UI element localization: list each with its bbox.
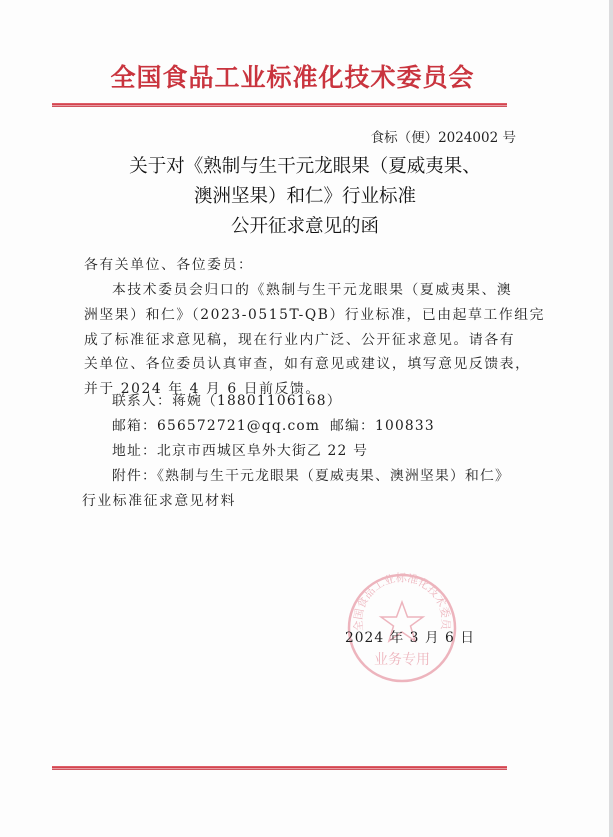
document-number: 食标（便）2024002 号 [371, 126, 516, 146]
svg-text:业务专用: 业务专用 [374, 652, 430, 668]
heading-line: 公开征求意见的函 [90, 212, 520, 242]
paragraph-line: 关单位、各位委员认真审查，如有意见或建议，填写意见反馈表， [84, 352, 519, 377]
heading-line: 关于对《熟制与生干元龙眼果（夏威夷果、 [90, 152, 520, 182]
document-heading: 关于对《熟制与生干元龙眼果（夏威夷果、 澳洲坚果）和仁》行业标准 公开征求意见的… [90, 152, 520, 242]
letterhead-organization: 全国食品工业标准化技术委员会 [0, 58, 560, 94]
letterhead-divider [52, 103, 507, 107]
footer-divider [52, 766, 507, 770]
signature-date: 2024 年 3 月 6 日 [345, 626, 475, 646]
body-paragraph: 本技术委员会归口的《熟制与生干元龙眼果（夏威夷果、澳 洲坚果）和仁》（2023-… [84, 278, 519, 402]
svg-text:全国食品工业标准化技术委员会: 全国食品工业标准化技术委员会 [346, 572, 452, 632]
scrollbar[interactable] [609, 0, 613, 837]
attachment-line: 附件：《熟制与生干元龙眼果（夏威夷果、澳洲坚果）和仁》 [112, 464, 510, 484]
contact-email-row: 邮箱：656572721@qq.com 邮编：100833 [112, 414, 320, 434]
paragraph-line: 本技术委员会归口的《熟制与生干元龙眼果（夏威夷果、澳 [84, 278, 519, 303]
paragraph-line: 洲坚果）和仁》（2023-0515T-QB）行业标准，已由起草工作组完 [84, 303, 519, 328]
salutation: 各有关单位、各位委员： [84, 253, 519, 278]
contact-postcode: 邮编：100833 [330, 414, 435, 434]
attachment-continuation: 行业标准征求意见材料 [82, 489, 236, 509]
contact-person: 联系人：蒋婉（18801106168） [112, 389, 342, 409]
contact-email: 邮箱：656572721@qq.com [112, 418, 320, 434]
contact-address: 地址：北京市西城区阜外大街乙 22 号 [112, 439, 368, 459]
paragraph-line: 成了标准征求意见稿，现在行业内广泛、公开征求意见。请各有 [84, 328, 519, 353]
heading-line: 澳洲坚果）和仁》行业标准 [90, 182, 520, 212]
